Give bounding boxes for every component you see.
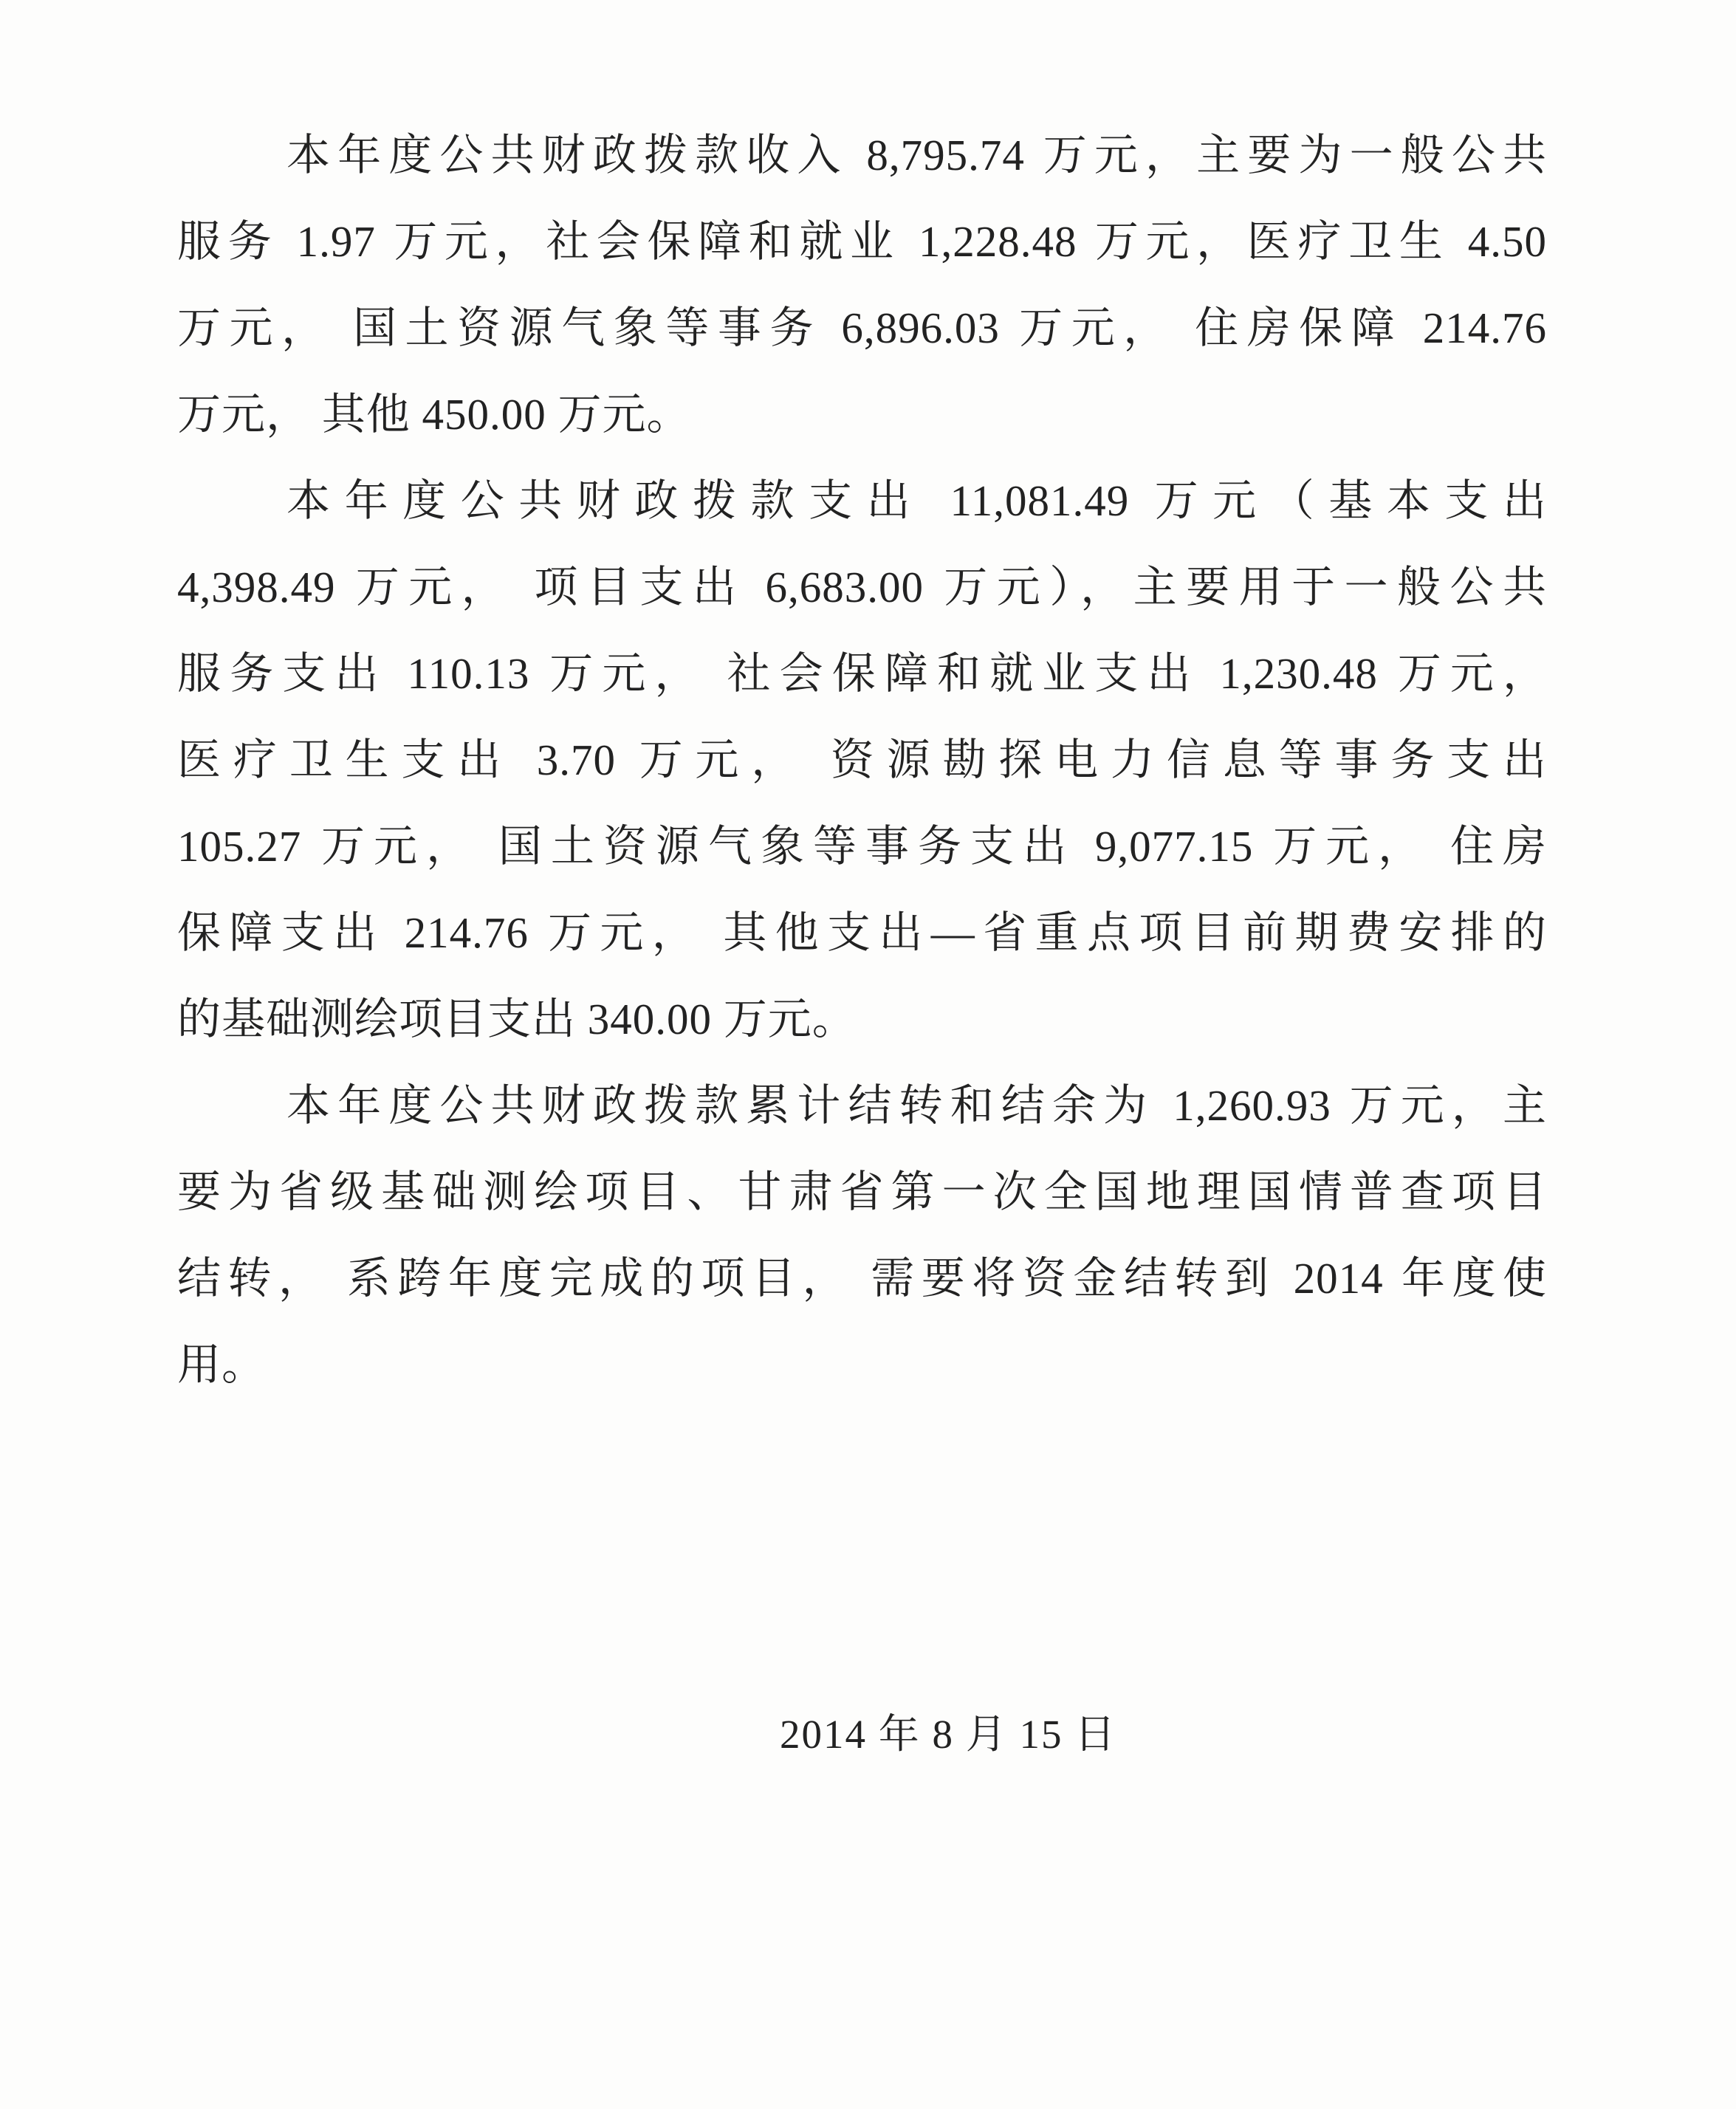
text-line: 本年度公共财政拨款支出 11,081.49 万元（基本支出 <box>177 458 1547 544</box>
text-line: 保障支出 214.76 万元， 其他支出—省重点项目前期费安排的 <box>177 890 1547 976</box>
text-line: 本年度公共财政拨款收入 8,795.74 万元，主要为一般公共 <box>177 112 1547 199</box>
text-line: 万元， 其他 450.00 万元。 <box>177 371 1547 458</box>
date-line: 2014 年 8 月 15 日 <box>780 1712 1116 1757</box>
text-line: 的基础测绘项目支出 340.00 万元。 <box>177 976 1547 1063</box>
text-line: 万元， 国土资源气象等事务 6,896.03 万元， 住房保障 214.76 <box>177 285 1547 371</box>
text-line: 服务 1.97 万元，社会保障和就业 1,228.48 万元，医疗卫生 4.50 <box>177 199 1547 285</box>
text-line: 4,398.49 万元， 项目支出 6,683.00 万元），主要用于一般公共 <box>177 544 1547 631</box>
text-line: 本年度公共财政拨款累计结转和结余为 1,260.93 万元，主 <box>177 1063 1547 1149</box>
text-line: 用。 <box>177 1322 1547 1408</box>
scanned-document-page: 本年度公共财政拨款收入 8,795.74 万元，主要为一般公共服务 1.97 万… <box>0 0 1736 2109</box>
text-line: 105.27 万元， 国土资源气象等事务支出 9,077.15 万元， 住房 <box>177 803 1547 890</box>
paragraphs-container: 本年度公共财政拨款收入 8,795.74 万元，主要为一般公共服务 1.97 万… <box>177 112 1547 1408</box>
text-line: 医疗卫生支出 3.70 万元， 资源勘探电力信息等事务支出 <box>177 717 1547 803</box>
text-line: 结转， 系跨年度完成的项目， 需要将资金结转到 2014 年度使 <box>177 1235 1547 1322</box>
text-line: 服务支出 110.13 万元， 社会保障和就业支出 1,230.48 万元， <box>177 631 1547 717</box>
document-body: 本年度公共财政拨款收入 8,795.74 万元，主要为一般公共服务 1.97 万… <box>177 112 1547 1408</box>
text-line: 要为省级基础测绘项目、甘肃省第一次全国地理国情普查项目 <box>177 1149 1547 1235</box>
